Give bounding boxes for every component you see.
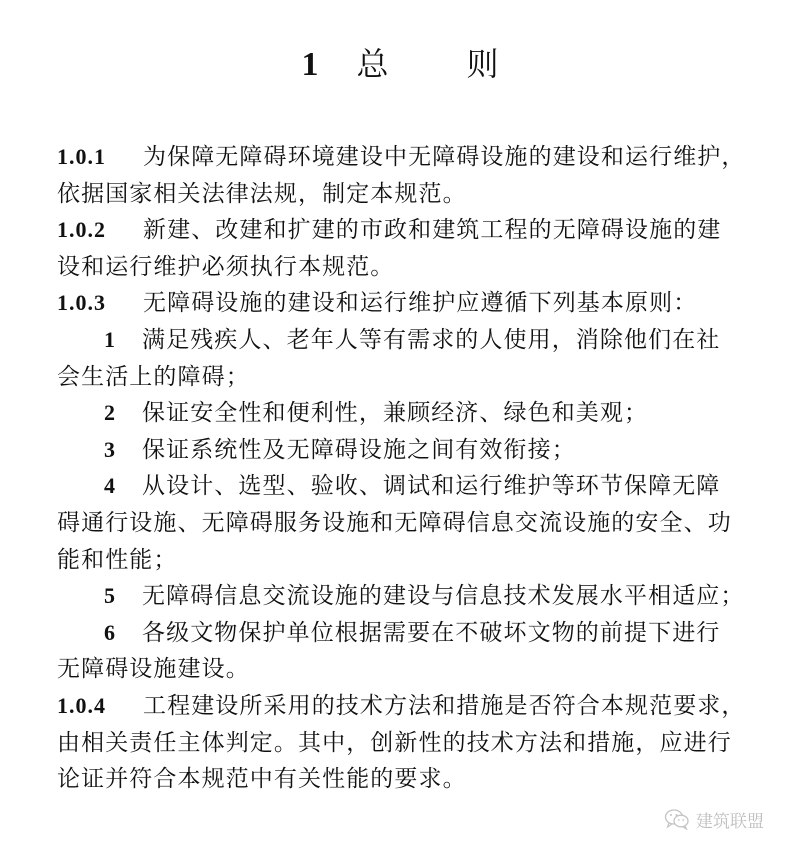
clause-1-0-3: 1.0.3无障碍设施的建设和运行维护应遵循下列基本原则：: [57, 285, 757, 322]
watermark: 建筑联盟: [664, 806, 764, 832]
item-text: 保证安全性和便利性，兼顾经济、绿色和美观；: [142, 400, 648, 426]
clause-number: 1.0.2: [57, 212, 143, 249]
list-item-3: 3保证系统性及无障碍设施之间有效衔接；: [57, 432, 757, 469]
item-number: 2: [104, 395, 142, 432]
chapter-title: 1总则: [0, 42, 800, 87]
clause-1-0-2: 1.0.2新建、改建和扩建的市政和建筑工程的无障碍设施的建: [57, 212, 757, 249]
wechat-icon: [664, 808, 690, 830]
clause-text: 新建、改建和扩建的市政和建筑工程的无障碍设施的建: [143, 217, 721, 243]
item-text: 各级文物保护单位根据需要在不破坏文物的前提下进行: [142, 620, 720, 646]
clause-text: 工程建设所采用的技术方法和措施是否符合本规范要求，: [143, 693, 746, 719]
item-number: 1: [104, 322, 142, 359]
clause-text: 无障碍设施的建设和运行维护应遵循下列基本原则：: [143, 290, 697, 316]
watermark-text: 建筑联盟: [696, 807, 764, 832]
chapter-number: 1: [301, 46, 318, 83]
chapter-title-word-2: 则: [467, 45, 499, 83]
item-number: 4: [104, 468, 142, 505]
item-number: 3: [104, 432, 142, 469]
clause-text: 为保障无障碍环境建设中无障碍设施的建设和运行维护，: [143, 144, 746, 170]
list-item-2: 2保证安全性和便利性，兼顾经济、绿色和美观；: [57, 395, 757, 432]
clause-1-0-4: 1.0.4工程建设所采用的技术方法和措施是否符合本规范要求，: [57, 688, 757, 725]
item-text: 无障碍信息交流设施的建设与信息技术发展水平相适应；: [142, 583, 745, 609]
item-continuation: 碍通行设施、无障碍服务设施和无障碍信息交流设施的安全、功: [57, 505, 757, 542]
list-item-1: 1满足残疾人、老年人等有需求的人使用，消除他们在社: [57, 322, 757, 359]
clause-number: 1.0.1: [57, 139, 143, 176]
item-text: 满足残疾人、老年人等有需求的人使用，消除他们在社: [142, 327, 720, 353]
item-number: 6: [104, 615, 142, 652]
clause-continuation: 设和运行维护必须执行本规范。: [57, 249, 757, 286]
item-text: 保证系统性及无障碍设施之间有效衔接；: [142, 437, 576, 463]
item-continuation: 能和性能；: [57, 542, 757, 579]
item-continuation: 无障碍设施建设。: [57, 651, 757, 688]
clause-continuation: 依据国家相关法律法规，制定本规范。: [57, 176, 757, 213]
clause-number: 1.0.4: [57, 688, 143, 725]
document-body: 1.0.1为保障无障碍环境建设中无障碍设施的建设和运行维护， 依据国家相关法律法…: [57, 139, 757, 798]
clause-number: 1.0.3: [57, 285, 143, 322]
list-item-5: 5无障碍信息交流设施的建设与信息技术发展水平相适应；: [57, 578, 757, 615]
clause-continuation: 论证并符合本规范中有关性能的要求。: [57, 761, 757, 798]
clause-continuation: 由相关责任主体判定。其中，创新性的技术方法和措施，应进行: [57, 725, 757, 762]
clause-1-0-1: 1.0.1为保障无障碍环境建设中无障碍设施的建设和运行维护，: [57, 139, 757, 176]
chapter-title-word-1: 总: [356, 45, 388, 83]
list-item-6: 6各级文物保护单位根据需要在不破坏文物的前提下进行: [57, 615, 757, 652]
list-item-4: 4从设计、选型、验收、调试和运行维护等环节保障无障: [57, 468, 757, 505]
item-number: 5: [104, 578, 142, 615]
item-text: 从设计、选型、验收、调试和运行维护等环节保障无障: [142, 473, 720, 499]
item-continuation: 会生活上的障碍；: [57, 359, 757, 396]
